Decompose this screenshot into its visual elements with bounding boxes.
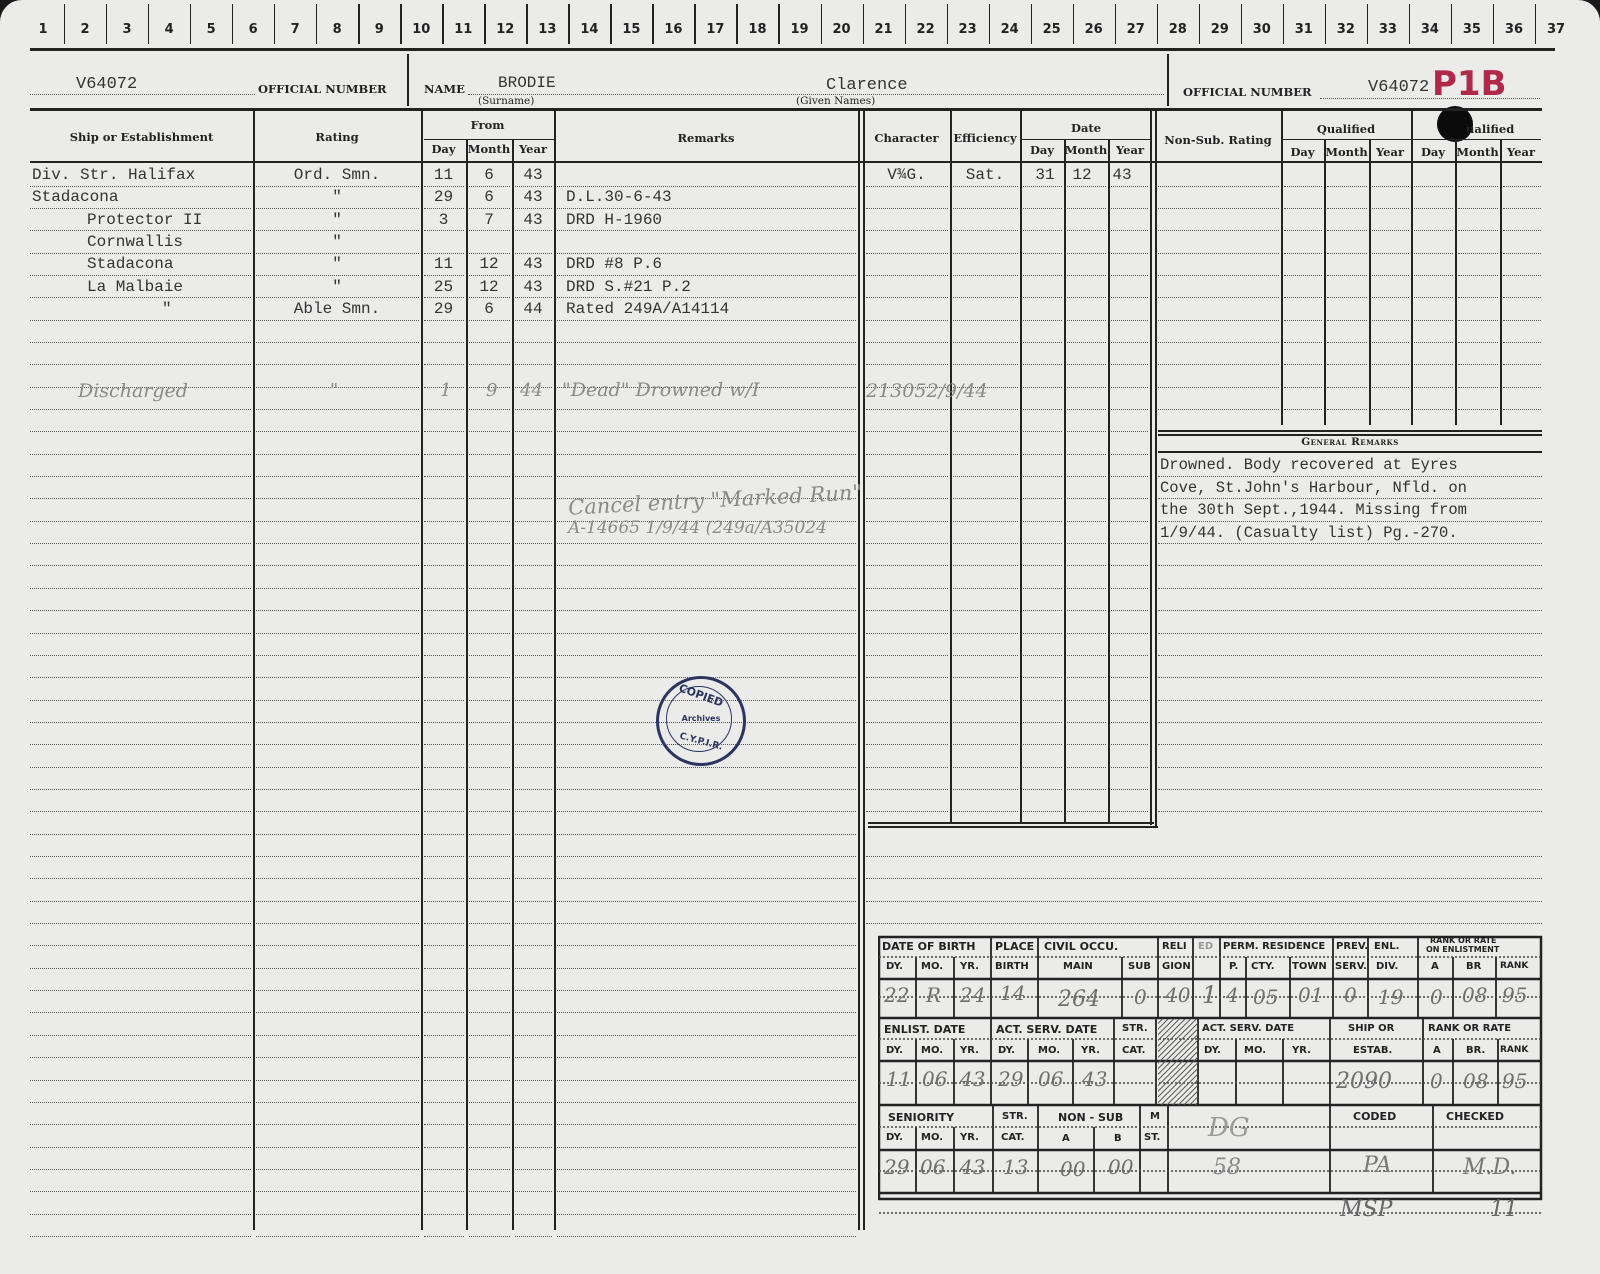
dotted-line bbox=[1372, 253, 1409, 254]
dotted-line bbox=[1458, 297, 1498, 298]
ship-cell: La Malbaie bbox=[87, 278, 183, 296]
dotted-line bbox=[1111, 454, 1148, 455]
dotted-line bbox=[1067, 320, 1106, 321]
act-serv-2-mo-header: MO. bbox=[1244, 1045, 1266, 1056]
dotted-line bbox=[469, 789, 510, 790]
handwritten-remarks-overflow: 213052/9/44 bbox=[866, 380, 988, 402]
dotted-line bbox=[866, 297, 948, 298]
dotted-line bbox=[515, 208, 552, 209]
dotted-line bbox=[1158, 633, 1542, 634]
dotted-line bbox=[1414, 275, 1453, 276]
dotted-line bbox=[866, 364, 948, 365]
column-number-separator bbox=[484, 4, 485, 44]
dotted-line bbox=[469, 253, 510, 254]
dotted-line bbox=[30, 94, 255, 95]
dotted-line bbox=[1503, 364, 1541, 365]
column-number-separator bbox=[694, 4, 695, 44]
column-number-separator bbox=[736, 4, 737, 44]
column-number: 7 bbox=[280, 22, 310, 37]
dotted-line bbox=[557, 1214, 856, 1215]
prev-serv-header: PREV. bbox=[1336, 941, 1368, 952]
dotted-line bbox=[469, 901, 510, 902]
dotted-line bbox=[953, 454, 1018, 455]
general-remarks-title: General Remarks bbox=[1158, 436, 1542, 448]
perm-cty-header: CTY. bbox=[1251, 961, 1275, 972]
dotted-line bbox=[469, 1124, 510, 1125]
place-of-birth-value: 14 bbox=[1000, 981, 1025, 1005]
dotted-line bbox=[424, 431, 464, 432]
handwritten-month: 9 bbox=[486, 380, 497, 401]
enl-div-header: ENL. bbox=[1374, 941, 1399, 952]
dotted-line bbox=[1023, 767, 1062, 768]
dotted-line bbox=[30, 297, 251, 298]
dotted-line bbox=[424, 565, 464, 566]
dotted-line bbox=[1458, 387, 1498, 388]
religion-value: 40 bbox=[1165, 983, 1190, 1007]
dotted-line bbox=[515, 878, 552, 879]
dotted-line bbox=[866, 521, 948, 522]
dotted-line bbox=[1414, 230, 1453, 231]
given-names: Clarence bbox=[826, 76, 908, 95]
dotted-line bbox=[469, 923, 510, 924]
col-line bbox=[554, 110, 556, 1230]
dotted-line bbox=[515, 655, 552, 656]
column-number: 4 bbox=[154, 22, 184, 37]
dotted-line bbox=[30, 901, 251, 902]
header-date-year: Year bbox=[1108, 143, 1152, 157]
dotted-line bbox=[1023, 275, 1062, 276]
enlist-mo-header: MO. bbox=[921, 1045, 943, 1056]
dotted-line bbox=[256, 186, 419, 187]
dotted-line bbox=[424, 275, 464, 276]
seniority-mo-value: 06 bbox=[920, 1155, 945, 1179]
dotted-line bbox=[866, 476, 948, 477]
general-remarks-line: Cove, St.John's Harbour, Nfld. on bbox=[1160, 477, 1467, 500]
year-cell: 43 bbox=[512, 166, 554, 184]
ship-cell: Div. Str. Halifax bbox=[32, 166, 195, 184]
column-number: 2 bbox=[70, 22, 100, 37]
dotted-line bbox=[866, 923, 1542, 924]
m-st-header: M bbox=[1150, 1111, 1160, 1122]
dotted-line bbox=[866, 498, 948, 499]
dotted-line bbox=[30, 1012, 251, 1013]
dotted-line bbox=[469, 320, 510, 321]
dotted-line bbox=[1414, 320, 1453, 321]
dotted-line bbox=[557, 1012, 856, 1013]
dotted-line bbox=[1372, 387, 1409, 388]
dotted-line bbox=[469, 498, 510, 499]
dotted-line bbox=[515, 588, 552, 589]
dotted-line bbox=[557, 610, 856, 611]
dotted-line bbox=[1284, 186, 1322, 187]
dotted-line bbox=[30, 454, 251, 455]
dotted-line bbox=[256, 476, 419, 477]
rating-cell: " bbox=[253, 233, 421, 251]
dotted-line bbox=[30, 1191, 251, 1192]
rating-cell: Ord. Smn. bbox=[253, 166, 421, 184]
dotted-line bbox=[1023, 387, 1062, 388]
column-number: 18 bbox=[742, 22, 772, 37]
dotted-line bbox=[469, 968, 510, 969]
dotted-line bbox=[1023, 588, 1062, 589]
dotted-line bbox=[1111, 476, 1148, 477]
dotted-line bbox=[953, 186, 1018, 187]
dotted-line bbox=[866, 342, 948, 343]
dotted-line bbox=[469, 655, 510, 656]
copied-archives-stamp: COPIED Archives C.Y.P.I.R. bbox=[656, 676, 746, 766]
dotted-line bbox=[30, 990, 251, 991]
dotted-line bbox=[1023, 297, 1062, 298]
dotted-line bbox=[256, 588, 419, 589]
dotted-line bbox=[424, 1236, 464, 1237]
dotted-line bbox=[30, 1214, 251, 1215]
enlist-dy-header: DY. bbox=[886, 1045, 903, 1056]
enl-div-value: 19 bbox=[1378, 985, 1403, 1009]
dotted-line bbox=[1023, 230, 1062, 231]
dotted-line bbox=[1023, 789, 1062, 790]
col-line bbox=[1108, 140, 1110, 822]
dotted-line bbox=[256, 320, 419, 321]
dotted-line bbox=[1023, 633, 1062, 634]
dotted-line bbox=[469, 744, 510, 745]
dotted-line bbox=[1284, 208, 1322, 209]
dotted-line bbox=[1158, 342, 1279, 343]
act-serv-mo-header: MO. bbox=[1038, 1045, 1060, 1056]
dotted-line bbox=[1111, 677, 1148, 678]
dotted-line bbox=[256, 1236, 419, 1237]
dotted-line bbox=[1111, 767, 1148, 768]
dotted-line bbox=[1414, 342, 1453, 343]
dotted-line bbox=[1067, 565, 1106, 566]
efficiency-cell: Sat. bbox=[950, 166, 1020, 184]
dotted-line bbox=[256, 856, 419, 857]
dotted-line bbox=[515, 320, 552, 321]
dotted-line bbox=[1067, 700, 1106, 701]
dotted-line bbox=[30, 230, 251, 231]
rank-a-header: A bbox=[1433, 1045, 1441, 1056]
dotted-line bbox=[256, 1057, 419, 1058]
dotted-line bbox=[866, 878, 1542, 879]
handwritten-rating: " bbox=[330, 380, 338, 401]
dotted-line bbox=[424, 811, 464, 812]
dotted-line bbox=[469, 208, 510, 209]
enlist-yr-value: 43 bbox=[960, 1067, 985, 1091]
column-number: 35 bbox=[1457, 22, 1487, 37]
dotted-line bbox=[866, 722, 948, 723]
dotted-line bbox=[256, 297, 419, 298]
dotted-line bbox=[1023, 342, 1062, 343]
column-number-separator bbox=[1241, 4, 1242, 44]
stamp-middle-text: Archives bbox=[659, 714, 743, 723]
dotted-line bbox=[469, 1191, 510, 1192]
header-bottom-rule bbox=[30, 108, 1542, 111]
day-cell: 11 bbox=[421, 166, 466, 184]
dotted-line bbox=[30, 1102, 251, 1103]
rule bbox=[1022, 139, 1152, 140]
act-serv-date-2-header: ACT. SERV. DATE bbox=[1202, 1023, 1294, 1034]
dotted-line bbox=[866, 588, 948, 589]
dotted-line bbox=[515, 364, 552, 365]
dotted-line bbox=[424, 1035, 464, 1036]
dotted-line bbox=[953, 700, 1018, 701]
dotted-line bbox=[469, 767, 510, 768]
day-cell: 25 bbox=[421, 278, 466, 296]
dotted-line bbox=[1327, 230, 1367, 231]
dotted-line bbox=[1284, 342, 1322, 343]
dotted-line bbox=[515, 230, 552, 231]
red-stamp: P1B bbox=[1432, 64, 1507, 104]
remarks-cell: Rated 249A/A14114 bbox=[566, 300, 856, 318]
dotted-line bbox=[1111, 543, 1148, 544]
dotted-line bbox=[515, 342, 552, 343]
dotted-line bbox=[515, 767, 552, 768]
dotted-line bbox=[256, 1214, 419, 1215]
dotted-line bbox=[256, 677, 419, 678]
ship-cell: " bbox=[162, 300, 172, 318]
dotted-line bbox=[557, 923, 856, 924]
rule bbox=[1158, 430, 1542, 432]
dotted-line bbox=[515, 789, 552, 790]
dotted-line bbox=[469, 945, 510, 946]
dotted-line bbox=[953, 543, 1018, 544]
place-of-birth-header: PLACE bbox=[995, 940, 1034, 953]
dotted-line bbox=[1067, 208, 1106, 209]
dotted-line bbox=[424, 409, 464, 410]
dotted-line bbox=[1158, 722, 1542, 723]
dotted-line bbox=[256, 230, 419, 231]
rank-rank-value: 95 bbox=[1502, 1069, 1527, 1093]
header-q-day: Day bbox=[1281, 145, 1324, 159]
dotted-line bbox=[515, 253, 552, 254]
dotted-line bbox=[1067, 431, 1106, 432]
dotted-line bbox=[953, 744, 1018, 745]
dotted-line bbox=[469, 1236, 510, 1237]
dotted-line bbox=[469, 1102, 510, 1103]
given-names-caption: (Given Names) bbox=[796, 95, 875, 107]
dotted-line bbox=[256, 1191, 419, 1192]
rank-a-value: 0 bbox=[1430, 1069, 1443, 1093]
ed-value: 1 bbox=[1202, 981, 1217, 1009]
col-line bbox=[1150, 110, 1152, 825]
act-serv-yr-header: YR. bbox=[1081, 1045, 1100, 1056]
dotted-line bbox=[256, 811, 419, 812]
dotted-line bbox=[1503, 275, 1541, 276]
year-cell: 43 bbox=[512, 278, 554, 296]
dotted-line bbox=[866, 655, 948, 656]
general-remarks-line: Drowned. Body recovered at Eyres bbox=[1160, 454, 1467, 477]
below-right-mark: 11 bbox=[1490, 1197, 1518, 1222]
dotted-line bbox=[1414, 186, 1453, 187]
dotted-line bbox=[557, 1169, 856, 1170]
act-serv-mo-value: 06 bbox=[1038, 1067, 1063, 1091]
column-number-separator bbox=[989, 4, 990, 44]
handwritten-day: 1 bbox=[440, 380, 451, 401]
dotted-line bbox=[557, 1124, 856, 1125]
column-number: 31 bbox=[1289, 22, 1319, 37]
dotted-line bbox=[424, 320, 464, 321]
column-number-separator bbox=[568, 4, 569, 44]
column-number-separator bbox=[1073, 4, 1074, 44]
dotted-line bbox=[1023, 521, 1062, 522]
dob-yr-value: 24 bbox=[960, 983, 985, 1007]
dotted-line bbox=[1023, 320, 1062, 321]
dotted-line bbox=[424, 767, 464, 768]
dotted-line bbox=[30, 677, 251, 678]
dotted-line bbox=[469, 543, 510, 544]
ship-cell: Protector II bbox=[87, 211, 202, 229]
dotted-line bbox=[469, 856, 510, 857]
rating-cell: " bbox=[253, 188, 421, 206]
remarks-cell: DRD #8 P.6 bbox=[566, 255, 856, 273]
dotted-line bbox=[515, 1080, 552, 1081]
dotted-line bbox=[30, 588, 251, 589]
dotted-line bbox=[469, 1169, 510, 1170]
dotted-line bbox=[557, 856, 856, 857]
enl-rank-rank-header: RANK bbox=[1500, 961, 1528, 971]
col-line bbox=[1064, 140, 1066, 822]
dotted-line bbox=[515, 1147, 552, 1148]
column-number-separator bbox=[64, 4, 65, 44]
dotted-line bbox=[30, 1169, 251, 1170]
dotted-line bbox=[469, 834, 510, 835]
column-number-separator bbox=[947, 4, 948, 44]
dotted-line bbox=[1023, 543, 1062, 544]
dotted-line bbox=[1158, 811, 1542, 812]
dotted-line bbox=[1327, 253, 1367, 254]
dotted-line bbox=[866, 431, 948, 432]
dotted-line bbox=[866, 901, 1542, 902]
dotted-line bbox=[866, 320, 948, 321]
dotted-line bbox=[256, 968, 419, 969]
dotted-line bbox=[424, 364, 464, 365]
dotted-line bbox=[469, 521, 510, 522]
dotted-line bbox=[1503, 208, 1541, 209]
dotted-line bbox=[1458, 275, 1498, 276]
dotted-line bbox=[1023, 208, 1062, 209]
column-number-separator bbox=[274, 4, 275, 44]
dotted-line bbox=[30, 409, 251, 410]
dotted-line bbox=[424, 744, 464, 745]
dotted-line bbox=[256, 565, 419, 566]
dotted-line bbox=[1111, 208, 1148, 209]
dotted-line bbox=[30, 521, 251, 522]
dotted-line bbox=[469, 1012, 510, 1013]
dotted-line bbox=[424, 521, 464, 522]
dotted-line bbox=[30, 543, 251, 544]
dotted-line bbox=[469, 610, 510, 611]
dotted-line bbox=[557, 476, 856, 477]
column-number: 6 bbox=[238, 22, 268, 37]
dotted-line bbox=[1023, 364, 1062, 365]
enl-rank-rank-value: 95 bbox=[1502, 983, 1527, 1007]
dotted-line bbox=[1158, 297, 1279, 298]
dotted-line bbox=[1067, 811, 1106, 812]
top-rule bbox=[30, 48, 1555, 51]
dotted-line bbox=[1023, 253, 1062, 254]
column-number: 36 bbox=[1499, 22, 1529, 37]
dotted-line bbox=[515, 297, 552, 298]
dotted-line bbox=[424, 1102, 464, 1103]
dotted-line bbox=[866, 275, 948, 276]
m-st-header-2: ST. bbox=[1144, 1132, 1160, 1143]
dotted-line bbox=[30, 364, 251, 365]
enlist-yr-header: YR. bbox=[960, 1045, 979, 1056]
dotted-line bbox=[557, 1191, 856, 1192]
dotted-line bbox=[256, 901, 419, 902]
non-sub-a-value: 00 bbox=[1060, 1157, 1085, 1181]
dotted-line bbox=[866, 633, 948, 634]
dotted-line bbox=[515, 1057, 552, 1058]
perm-p-value: 4 bbox=[1226, 983, 1239, 1007]
dotted-line bbox=[1158, 387, 1279, 388]
year-cell: 43 bbox=[512, 255, 554, 273]
dotted-line bbox=[866, 744, 948, 745]
seniority-yr-header: YR. bbox=[960, 1132, 979, 1143]
dotted-line bbox=[557, 834, 856, 835]
dotted-line bbox=[1503, 409, 1541, 410]
dotted-line bbox=[557, 767, 856, 768]
dotted-line bbox=[1111, 610, 1148, 611]
column-number: 25 bbox=[1037, 22, 1067, 37]
dotted-line bbox=[1372, 409, 1409, 410]
dotted-line bbox=[557, 253, 856, 254]
act-serv-dy-header: DY. bbox=[998, 1045, 1015, 1056]
month-cell: 6 bbox=[466, 188, 512, 206]
dotted-line bbox=[557, 454, 856, 455]
dotted-line bbox=[469, 186, 510, 187]
col-line bbox=[1324, 140, 1326, 425]
dotted-line bbox=[256, 1102, 419, 1103]
month-cell: 12 bbox=[466, 278, 512, 296]
column-number-separator bbox=[652, 4, 653, 44]
surname-caption: (Surname) bbox=[478, 95, 534, 107]
dotted-line bbox=[1111, 297, 1148, 298]
remarks-cell: DRD S.#21 P.2 bbox=[566, 278, 856, 296]
dotted-line bbox=[424, 990, 464, 991]
col-line bbox=[863, 110, 865, 1230]
rule bbox=[1283, 139, 1541, 140]
dotted-line bbox=[515, 186, 552, 187]
initials-bottom: 58 bbox=[1213, 1155, 1241, 1180]
header-divider-right bbox=[1167, 54, 1169, 106]
dotted-line bbox=[424, 722, 464, 723]
dotted-line bbox=[1158, 655, 1542, 656]
dotted-line bbox=[469, 297, 510, 298]
month-cell: 7 bbox=[466, 211, 512, 229]
dotted-line bbox=[1414, 364, 1453, 365]
dotted-line bbox=[30, 767, 251, 768]
column-number-strip: 1234567891011121314151617181920212223242… bbox=[22, 0, 1577, 48]
dotted-line bbox=[30, 186, 251, 187]
dotted-line bbox=[469, 990, 510, 991]
non-sub-a-header: A bbox=[1062, 1133, 1070, 1144]
dob-header: DATE OF BIRTH bbox=[882, 940, 976, 953]
dotted-line bbox=[424, 543, 464, 544]
dotted-line bbox=[515, 834, 552, 835]
header-day: Day bbox=[421, 142, 466, 156]
dotted-line bbox=[30, 1124, 251, 1125]
dotted-line bbox=[1067, 275, 1106, 276]
dotted-line bbox=[557, 655, 856, 656]
dotted-line bbox=[557, 1080, 856, 1081]
dotted-line bbox=[30, 320, 251, 321]
dotted-line bbox=[424, 342, 464, 343]
dotted-line bbox=[256, 923, 419, 924]
dotted-line bbox=[30, 498, 251, 499]
dotted-line bbox=[30, 834, 251, 835]
rating-cell: Able Smn. bbox=[253, 300, 421, 318]
dotted-line bbox=[866, 230, 948, 231]
